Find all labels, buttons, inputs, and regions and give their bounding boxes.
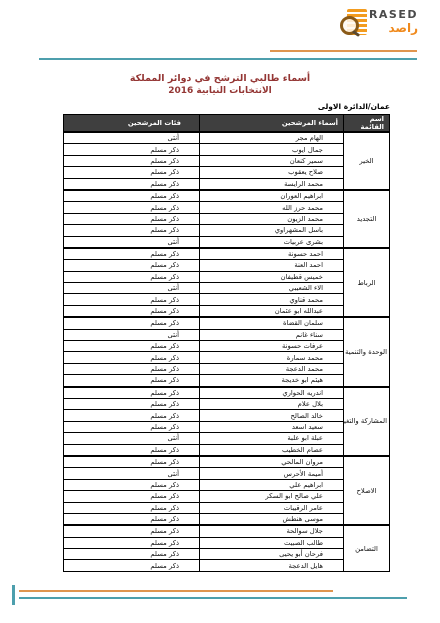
candidate-category-cell: ذكر مسلم	[64, 513, 200, 525]
table-header-row: اسم القائمة أسماء المرشحين فئات المرشحين	[64, 115, 390, 133]
candidate-category-cell: ذكر مسلم	[64, 363, 200, 374]
candidate-category-cell: ذكر مسلم	[64, 317, 200, 329]
table-row: بلال علامذكر مسلم	[64, 398, 390, 409]
candidate-name-cell: ابراهيم العوران	[200, 190, 344, 202]
document-page: { "logo": { "latin": "RASED", "arabic": …	[0, 0, 440, 623]
table-row: عبلة ابو علبةأنثى	[64, 433, 390, 444]
candidate-name-cell: جمال ايوب	[200, 144, 344, 155]
candidate-name-cell: علي صالح ابو السكر	[200, 491, 344, 502]
candidate-category-cell: ذكر مسلم	[64, 456, 200, 468]
table-row: طالب الصبيتذكر مسلم	[64, 537, 390, 548]
candidate-category-cell: أنثى	[64, 433, 200, 444]
header-list-name: اسم القائمة	[344, 115, 390, 133]
list-name-cell: التجديد	[344, 190, 390, 248]
candidate-category-cell: ذكر مسلم	[64, 260, 200, 271]
candidates-tbody: الخيرالهام مجرأنثىجمال ايوبذكر مسلمسمير …	[64, 132, 390, 571]
table-row: محمد حرز اللهذكر مسلم	[64, 202, 390, 213]
candidate-category-cell: ذكر مسلم	[64, 444, 200, 456]
rased-magnifier-document-icon	[340, 9, 367, 42]
table-row: موسى هنطشذكر مسلم	[64, 513, 390, 525]
page-title-line1: أسماء طالبي الترشح في دوائر المملكة	[0, 72, 440, 85]
candidate-name-cell: محمد حرز الله	[200, 202, 344, 213]
candidate-name-cell: عامر الرقيبات	[200, 502, 344, 513]
candidate-category-cell: ذكر مسلم	[64, 225, 200, 236]
table-row: محمد الدعجةذكر مسلم	[64, 363, 390, 374]
candidate-name-cell: محمد سمارة	[200, 352, 344, 363]
candidate-category-cell: ذكر مسلم	[64, 248, 200, 260]
candidate-name-cell: باسل المشهراوي	[200, 225, 344, 236]
candidate-category-cell: أنثى	[64, 132, 200, 144]
table-row: خالد الصالحذكر مسلم	[64, 410, 390, 421]
table-row: ابراهيم عليذكر مسلم	[64, 479, 390, 490]
candidate-name-cell: محمد الرايسة	[200, 178, 344, 190]
footer-orange-rule	[19, 590, 333, 592]
candidate-name-cell: سناء غانم	[200, 329, 344, 340]
candidate-category-cell: أنثى	[64, 283, 200, 294]
table-row: عبدالله ابو عثمانذكر مسلم	[64, 305, 390, 317]
candidate-category-cell: ذكر مسلم	[64, 525, 200, 537]
candidate-category-cell: ذكر مسلم	[64, 213, 200, 224]
table-row: هيثم ابو خديجةذكر مسلم	[64, 375, 390, 387]
candidate-category-cell: ذكر مسلم	[64, 178, 200, 190]
candidate-category-cell: ذكر مسلم	[64, 294, 200, 305]
candidate-name-cell: الاء الشعيبي	[200, 283, 344, 294]
candidate-name-cell: خميس قطيفان	[200, 271, 344, 282]
table-row: التضامنجلال سوالحةذكر مسلم	[64, 525, 390, 537]
candidate-name-cell: هيثم ابو خديجة	[200, 375, 344, 387]
list-name-cell: التضامن	[344, 525, 390, 571]
table-row: سعيد اسعدذكر مسلم	[64, 421, 390, 432]
candidate-name-cell: خالد الصالح	[200, 410, 344, 421]
table-row: الخيرالهام مجرأنثى	[64, 132, 390, 144]
table-row: سمير كنعانذكر مسلم	[64, 155, 390, 166]
page-title-line2: الانتخابات النيابية 2016	[0, 85, 440, 97]
header-candidate-names: أسماء المرشحين	[200, 115, 344, 133]
candidate-category-cell: ذكر مسلم	[64, 398, 200, 409]
table-row: سناء غانمأنثى	[64, 329, 390, 340]
table-row: صلاح يعقوبذكر مسلم	[64, 167, 390, 178]
candidate-name-cell: عبلة ابو علبة	[200, 433, 344, 444]
candidate-name-cell: ابراهيم علي	[200, 479, 344, 490]
candidate-name-cell: احمد حسونة	[200, 248, 344, 260]
candidate-category-cell: ذكر مسلم	[64, 352, 200, 363]
table-row: الاصلاحمروان المالحيذكر مسلم	[64, 456, 390, 468]
candidate-category-cell: ذكر مسلم	[64, 167, 200, 178]
table-row: احمد العنةذكر مسلم	[64, 260, 390, 271]
candidate-name-cell: الهام مجر	[200, 132, 344, 144]
table-row: أميمة الأحرسأنثى	[64, 468, 390, 479]
table-row: هايل الدعجةذكر مسلم	[64, 560, 390, 571]
candidate-name-cell: جلال سوالحة	[200, 525, 344, 537]
list-name-cell: المشاركة والتغير	[344, 387, 390, 456]
candidate-name-cell: بشرى عربيات	[200, 236, 344, 248]
candidate-category-cell: أنثى	[64, 329, 200, 340]
candidate-category-cell: ذكر مسلم	[64, 491, 200, 502]
candidate-category-cell: ذكر مسلم	[64, 375, 200, 387]
candidate-category-cell: ذكر مسلم	[64, 549, 200, 560]
candidate-category-cell: ذكر مسلم	[64, 305, 200, 317]
candidate-name-cell: هايل الدعجة	[200, 560, 344, 571]
table-row: عامر الرقيباتذكر مسلم	[64, 502, 390, 513]
candidate-name-cell: مروان المالحي	[200, 456, 344, 468]
candidate-name-cell: سلمان القضاة	[200, 317, 344, 329]
candidate-category-cell: ذكر مسلم	[64, 190, 200, 202]
candidate-category-cell: ذكر مسلم	[64, 202, 200, 213]
table-row: عصام الخطيبذكر مسلم	[64, 444, 390, 456]
footer-teal-rule	[19, 597, 407, 599]
list-name-cell: الاصلاح	[344, 456, 390, 525]
table-row: محمد قناويذكر مسلم	[64, 294, 390, 305]
candidate-name-cell: اندريه الحواري	[200, 387, 344, 399]
candidates-table: اسم القائمة أسماء المرشحين فئات المرشحين…	[63, 114, 390, 572]
list-name-cell: الوحدة والتنمية	[344, 317, 390, 386]
table-row: علي صالح ابو السكرذكر مسلم	[64, 491, 390, 502]
table-row: محمد سمارةذكر مسلم	[64, 352, 390, 363]
table-row: التجديدابراهيم العورانذكر مسلم	[64, 190, 390, 202]
table-row: جمال ايوبذكر مسلم	[64, 144, 390, 155]
candidate-category-cell: أنثى	[64, 468, 200, 479]
candidate-name-cell: موسى هنطش	[200, 513, 344, 525]
candidate-category-cell: ذكر مسلم	[64, 387, 200, 399]
candidate-name-cell: محمد الزيون	[200, 213, 344, 224]
candidate-name-cell: عصام الخطيب	[200, 444, 344, 456]
top-teal-rule	[39, 58, 417, 60]
rased-logo: RASED راصد	[340, 9, 418, 42]
candidate-category-cell: ذكر مسلم	[64, 502, 200, 513]
logo-latin-text: RASED	[369, 9, 418, 20]
top-orange-rule	[270, 50, 417, 52]
table-row: عرفات حسونةذكر مسلم	[64, 341, 390, 352]
table-row: بشرى عربياتأنثى	[64, 236, 390, 248]
candidate-category-cell: أنثى	[64, 236, 200, 248]
candidate-name-cell: بلال علام	[200, 398, 344, 409]
table-row: محمد الرايسةذكر مسلم	[64, 178, 390, 190]
candidate-category-cell: ذكر مسلم	[64, 560, 200, 571]
table-row: الاء الشعيبيأنثى	[64, 283, 390, 294]
table-row: خميس قطيفانذكر مسلم	[64, 271, 390, 282]
district-label: عمان/الدائرة الاولى	[318, 102, 390, 111]
candidate-name-cell: سعيد اسعد	[200, 421, 344, 432]
candidate-category-cell: ذكر مسلم	[64, 410, 200, 421]
candidate-category-cell: ذكر مسلم	[64, 479, 200, 490]
candidate-name-cell: محمد قناوي	[200, 294, 344, 305]
candidate-name-cell: فرحان أبو يحيى	[200, 549, 344, 560]
table-row: الرباطاحمد حسونةذكر مسلم	[64, 248, 390, 260]
candidate-name-cell: صلاح يعقوب	[200, 167, 344, 178]
candidate-category-cell: ذكر مسلم	[64, 421, 200, 432]
candidate-name-cell: طالب الصبيت	[200, 537, 344, 548]
candidate-category-cell: ذكر مسلم	[64, 341, 200, 352]
table-row: الوحدة والتنميةسلمان القضاةذكر مسلم	[64, 317, 390, 329]
candidate-name-cell: عبدالله ابو عثمان	[200, 305, 344, 317]
table-row: فرحان أبو يحيىذكر مسلم	[64, 549, 390, 560]
candidate-name-cell: سمير كنعان	[200, 155, 344, 166]
table-row: محمد الزيونذكر مسلم	[64, 213, 390, 224]
footer-teal-bar	[12, 585, 15, 605]
candidate-category-cell: ذكر مسلم	[64, 144, 200, 155]
candidate-category-cell: ذكر مسلم	[64, 271, 200, 282]
logo-arabic-text: راصد	[388, 22, 418, 34]
list-name-cell: الخير	[344, 132, 390, 190]
candidate-name-cell: احمد العنة	[200, 260, 344, 271]
table-row: باسل المشهراويذكر مسلم	[64, 225, 390, 236]
candidate-category-cell: ذكر مسلم	[64, 155, 200, 166]
header-candidate-categories: فئات المرشحين	[64, 115, 200, 133]
candidate-name-cell: محمد الدعجة	[200, 363, 344, 374]
table-row: المشاركة والتغيراندريه الحواريذكر مسلم	[64, 387, 390, 399]
candidate-name-cell: أميمة الأحرس	[200, 468, 344, 479]
candidate-name-cell: عرفات حسونة	[200, 341, 344, 352]
candidate-category-cell: ذكر مسلم	[64, 537, 200, 548]
page-title: أسماء طالبي الترشح في دوائر المملكة الان…	[0, 72, 440, 97]
list-name-cell: الرباط	[344, 248, 390, 317]
